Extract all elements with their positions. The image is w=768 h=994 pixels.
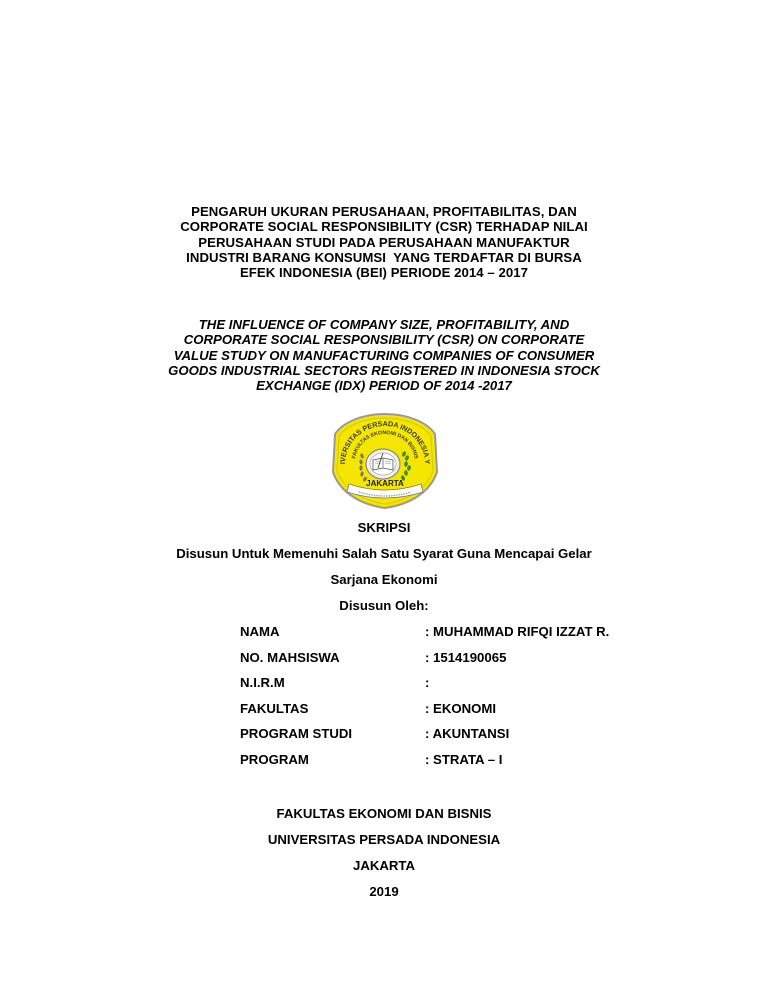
info-label: NAMA	[240, 624, 425, 650]
info-value: : AKUNTANSI	[425, 726, 509, 752]
info-value: : MUHAMMAD RIFQI IZZAT R.	[425, 624, 609, 650]
title-en-line: GOODS INDUSTRIAL SECTORS REGISTERED IN I…	[0, 363, 768, 378]
city: JAKARTA	[0, 858, 768, 874]
info-value: : STRATA – I	[425, 752, 502, 778]
purpose-line-1: Disusun Untuk Memenuhi Salah Satu Syarat…	[0, 546, 768, 562]
info-row-nirm: N.I.R.M :	[240, 675, 609, 701]
title-en-line: CORPORATE SOCIAL RESPONSIBILITY (CSR) ON…	[0, 332, 768, 347]
title-id-line: EFEK INDONESIA (BEI) PERIODE 2014 – 2017	[0, 265, 768, 280]
info-row-student-number: NO. MAHSISWA : 1514190065	[240, 650, 609, 676]
year: 2019	[0, 884, 768, 900]
university-crest-icon: UNIVERSITAS PERSADA INDONESIA Y.A.I FAKU…	[331, 412, 439, 510]
info-label: N.I.R.M	[240, 675, 425, 701]
title-id-line: PERUSAHAAN STUDI PADA PERUSAHAAN MANUFAK…	[0, 235, 768, 250]
info-row-study-program: PROGRAM STUDI : AKUNTANSI	[240, 726, 609, 752]
info-row-faculty: FAKULTAS : EKONOMI	[240, 701, 609, 727]
svg-text:JAKARTA: JAKARTA	[366, 479, 404, 488]
title-indonesian: PENGARUH UKURAN PERUSAHAAN, PROFITABILIT…	[0, 204, 768, 280]
title-en-line: VALUE STUDY ON MANUFACTURING COMPANIES O…	[0, 348, 768, 363]
title-id-line: CORPORATE SOCIAL RESPONSIBILITY (CSR) TE…	[0, 219, 768, 234]
title-en-line: EXCHANGE (IDX) PERIOD OF 2014 -2017	[0, 378, 768, 393]
info-label: NO. MAHSISWA	[240, 650, 425, 676]
info-value: :	[425, 675, 429, 701]
student-info-table: NAMA : MUHAMMAD RIFQI IZZAT R. NO. MAHSI…	[240, 624, 609, 778]
title-en-line: THE INFLUENCE OF COMPANY SIZE, PROFITABI…	[0, 317, 768, 332]
document-type: SKRIPSI	[0, 520, 768, 536]
title-english: THE INFLUENCE OF COMPANY SIZE, PROFITABI…	[0, 317, 768, 393]
purpose-line-2: Sarjana Ekonomi	[0, 572, 768, 588]
info-label: PROGRAM	[240, 752, 425, 778]
info-value: : EKONOMI	[425, 701, 496, 727]
info-row-program: PROGRAM : STRATA – I	[240, 752, 609, 778]
author-heading: Disusun Oleh:	[0, 598, 768, 614]
info-label: PROGRAM STUDI	[240, 726, 425, 752]
info-row-name: NAMA : MUHAMMAD RIFQI IZZAT R.	[240, 624, 609, 650]
info-label: FAKULTAS	[240, 701, 425, 727]
cover-page: PENGARUH UKURAN PERUSAHAAN, PROFITABILIT…	[0, 0, 768, 994]
info-value: : 1514190065	[425, 650, 506, 676]
university-name: UNIVERSITAS PERSADA INDONESIA	[0, 832, 768, 848]
title-id-line: INDUSTRI BARANG KONSUMSI YANG TERDAFTAR …	[0, 250, 768, 265]
title-id-line: PENGARUH UKURAN PERUSAHAAN, PROFITABILIT…	[0, 204, 768, 219]
faculty-name: FAKULTAS EKONOMI DAN BISNIS	[0, 806, 768, 822]
